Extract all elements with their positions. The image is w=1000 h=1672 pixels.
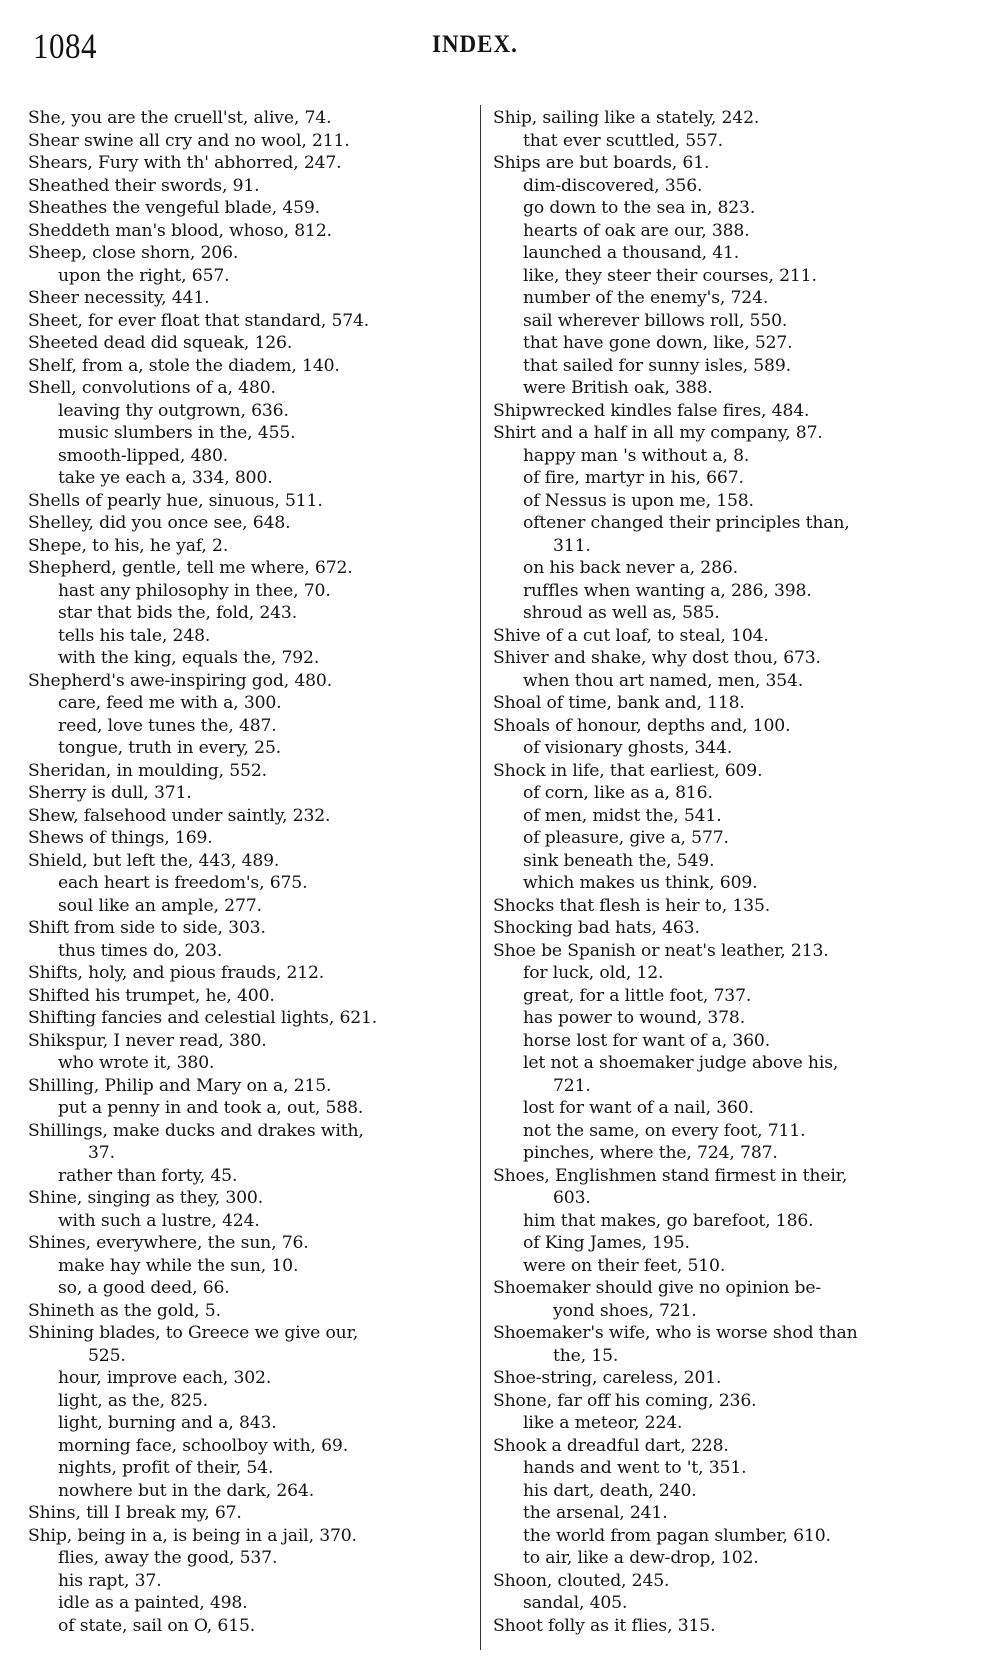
index-entry: Shoot folly as it flies, 315. [493, 1615, 948, 1638]
index-entry: Shins, till I break my, 67. [28, 1502, 478, 1525]
index-subentry: of pleasure, give a, 577. [493, 827, 948, 850]
index-subentry: of visionary ghosts, 344. [493, 737, 948, 760]
index-entry: Sheathes the vengeful blade, 459. [28, 197, 478, 220]
page-number: 1084 [33, 26, 97, 67]
index-subentry: of corn, like as a, 816. [493, 782, 948, 805]
index-subentry: so, a good deed, 66. [28, 1277, 478, 1300]
index-entry: Sheeted dead did squeak, 126. [28, 332, 478, 355]
index-subentry: of Nessus is upon me, 158. [493, 490, 948, 513]
index-subentry: lost for want of a nail, 360. [493, 1097, 948, 1120]
index-subentry: hour, improve each, 302. [28, 1367, 478, 1390]
index-entry: Shiver and shake, why dost thou, 673. [493, 647, 948, 670]
index-subentry: has power to wound, 378. [493, 1007, 948, 1030]
index-subentry: that have gone down, like, 527. [493, 332, 948, 355]
index-entry-continuation: 525. [28, 1345, 478, 1368]
index-entry: Ship, sailing like a stately, 242. [493, 107, 948, 130]
index-entry: Shears, Fury with th' abhorred, 247. [28, 152, 478, 175]
index-entry: Shook a dreadful dart, 228. [493, 1435, 948, 1458]
index-subentry: upon the right, 657. [28, 265, 478, 288]
index-subentry: nights, profit of their, 54. [28, 1457, 478, 1480]
index-entry: Sheer necessity, 441. [28, 287, 478, 310]
index-entry: Sheddeth man's blood, whoso, 812. [28, 220, 478, 243]
index-subentry: hearts of oak are our, 388. [493, 220, 948, 243]
index-subentry: great, for a little foot, 737. [493, 985, 948, 1008]
index-entry: Shoemaker should give no opinion be- [493, 1277, 948, 1300]
index-entry: Shoes, Englishmen stand firmest in their… [493, 1165, 948, 1188]
index-entry: Shining blades, to Greece we give our, [28, 1322, 478, 1345]
index-subentry: light, burning and a, 843. [28, 1412, 478, 1435]
index-subentry: soul like an ample, 277. [28, 895, 478, 918]
index-subentry: the arsenal, 241. [493, 1502, 948, 1525]
index-subentry: him that makes, go barefoot, 186. [493, 1210, 948, 1233]
index-entry: Shone, far off his coming, 236. [493, 1390, 948, 1413]
index-entry: Shell, convolutions of a, 480. [28, 377, 478, 400]
index-subentry: leaving thy outgrown, 636. [28, 400, 478, 423]
index-subentry: each heart is freedom's, 675. [28, 872, 478, 895]
index-entry: Shineth as the gold, 5. [28, 1300, 478, 1323]
index-entry: Shells of pearly hue, sinuous, 511. [28, 490, 478, 513]
index-entry: Shepe, to his, he yaf, 2. [28, 535, 478, 558]
index-subentry: morning face, schoolboy with, 69. [28, 1435, 478, 1458]
index-subentry: shroud as well as, 585. [493, 602, 948, 625]
index-entry: Shikspur, I never read, 380. [28, 1030, 478, 1053]
index-entry: Shive of a cut loaf, to steal, 104. [493, 625, 948, 648]
column-divider [480, 105, 481, 1650]
index-entry: Shews of things, 169. [28, 827, 478, 850]
index-subentry: take ye each a, 334, 800. [28, 467, 478, 490]
index-subentry: the world from pagan slumber, 610. [493, 1525, 948, 1548]
index-subentry: pinches, where the, 724, 787. [493, 1142, 948, 1165]
index-entry: Shoon, clouted, 245. [493, 1570, 948, 1593]
index-subentry: hast any philosophy in thee, 70. [28, 580, 478, 603]
running-title: INDEX. [432, 30, 518, 59]
index-subentry: were on their feet, 510. [493, 1255, 948, 1278]
index-entry: Shield, but left the, 443, 489. [28, 850, 478, 873]
index-entry-continuation: 603. [493, 1187, 948, 1210]
index-subentry: sink beneath the, 549. [493, 850, 948, 873]
index-subentry: who wrote it, 380. [28, 1052, 478, 1075]
index-subentry: nowhere but in the dark, 264. [28, 1480, 478, 1503]
index-subentry: that ever scuttled, 557. [493, 130, 948, 153]
index-subentry: rather than forty, 45. [28, 1165, 478, 1188]
index-entry: Shepherd, gentle, tell me where, 672. [28, 557, 478, 580]
index-subentry: of men, midst the, 541. [493, 805, 948, 828]
index-subentry: thus times do, 203. [28, 940, 478, 963]
index-subentry: flies, away the good, 537. [28, 1547, 478, 1570]
index-subentry: star that bids the, fold, 243. [28, 602, 478, 625]
index-entry: Sheep, close shorn, 206. [28, 242, 478, 265]
index-entry: Shifted his trumpet, he, 400. [28, 985, 478, 1008]
index-subentry: idle as a painted, 498. [28, 1592, 478, 1615]
index-subentry: with such a lustre, 424. [28, 1210, 478, 1233]
index-subentry: dim-discovered, 356. [493, 175, 948, 198]
index-subentry: number of the enemy's, 724. [493, 287, 948, 310]
index-subentry: on his back never a, 286. [493, 557, 948, 580]
index-entry: Shepherd's awe-inspiring god, 480. [28, 670, 478, 693]
index-entry-continuation: yond shoes, 721. [493, 1300, 948, 1323]
index-subentry: ruffles when wanting a, 286, 398. [493, 580, 948, 603]
index-subentry: make hay while the sun, 10. [28, 1255, 478, 1278]
index-entry: Shines, everywhere, the sun, 76. [28, 1232, 478, 1255]
index-subentry: horse lost for want of a, 360. [493, 1030, 948, 1053]
index-entry-continuation: 37. [28, 1142, 478, 1165]
index-subentry: of state, sail on O, 615. [28, 1615, 478, 1638]
index-subentry: of fire, martyr in his, 667. [493, 467, 948, 490]
index-entry: Shifting fancies and celestial lights, 6… [28, 1007, 478, 1030]
index-subentry: that sailed for sunny isles, 589. [493, 355, 948, 378]
index-entry: Shelley, did you once see, 648. [28, 512, 478, 535]
index-subentry: smooth-lipped, 480. [28, 445, 478, 468]
index-subentry: launched a thousand, 41. [493, 242, 948, 265]
index-entry-continuation: 311. [493, 535, 948, 558]
index-entry: Sheathed their swords, 91. [28, 175, 478, 198]
index-entry: Shocking bad hats, 463. [493, 917, 948, 940]
index-subentry: put a penny in and took a, out, 588. [28, 1097, 478, 1120]
index-subentry: oftener changed their principles than, [493, 512, 948, 535]
index-subentry: with the king, equals the, 792. [28, 647, 478, 670]
index-subentry: which makes us think, 609. [493, 872, 948, 895]
index-subentry: his rapt, 37. [28, 1570, 478, 1593]
index-entry: Ship, being in a, is being in a jail, 37… [28, 1525, 478, 1548]
index-entry: Shoe-string, careless, 201. [493, 1367, 948, 1390]
index-subentry: hands and went to 't, 351. [493, 1457, 948, 1480]
index-subentry: go down to the sea in, 823. [493, 197, 948, 220]
index-column-left: She, you are the cruell'st, alive, 74.Sh… [28, 107, 478, 1637]
index-entry: Shoal of time, bank and, 118. [493, 692, 948, 715]
index-subentry: were British oak, 388. [493, 377, 948, 400]
index-entry: Sheridan, in moulding, 552. [28, 760, 478, 783]
index-subentry: music slumbers in the, 455. [28, 422, 478, 445]
index-subentry: for luck, old, 12. [493, 962, 948, 985]
index-subentry: care, feed me with a, 300. [28, 692, 478, 715]
index-entry: Shock in life, that earliest, 609. [493, 760, 948, 783]
index-entry: Shoe be Spanish or neat's leather, 213. [493, 940, 948, 963]
index-entry: Shocks that flesh is heir to, 135. [493, 895, 948, 918]
index-entry: Shifts, holy, and pious frauds, 212. [28, 962, 478, 985]
index-subentry: tells his tale, 248. [28, 625, 478, 648]
index-entry-continuation: the, 15. [493, 1345, 948, 1368]
index-subentry: to air, like a dew-drop, 102. [493, 1547, 948, 1570]
index-entry: Sheet, for ever float that standard, 574… [28, 310, 478, 333]
index-subentry: not the same, on every foot, 711. [493, 1120, 948, 1143]
index-subentry: of King James, 195. [493, 1232, 948, 1255]
index-entry: Shelf, from a, stole the diadem, 140. [28, 355, 478, 378]
index-subentry: like, they steer their courses, 211. [493, 265, 948, 288]
index-entry: Shear swine all cry and no wool, 211. [28, 130, 478, 153]
index-subentry: happy man 's without a, 8. [493, 445, 948, 468]
page-header: 1084 INDEX. [0, 26, 1000, 66]
index-subentry: reed, love tunes the, 487. [28, 715, 478, 738]
index-entry: Ships are but boards, 61. [493, 152, 948, 175]
index-column-right: Ship, sailing like a stately, 242.that e… [493, 107, 948, 1637]
index-entry: Shew, falsehood under saintly, 232. [28, 805, 478, 828]
index-subentry: sail wherever billows roll, 550. [493, 310, 948, 333]
index-entry: Sherry is dull, 371. [28, 782, 478, 805]
index-subentry: when thou art named, men, 354. [493, 670, 948, 693]
index-entry: Shilling, Philip and Mary on a, 215. [28, 1075, 478, 1098]
index-subentry: sandal, 405. [493, 1592, 948, 1615]
index-entry: Shillings, make ducks and drakes with, [28, 1120, 478, 1143]
index-subentry: like a meteor, 224. [493, 1412, 948, 1435]
index-subentry: tongue, truth in every, 25. [28, 737, 478, 760]
index-entry: Shoemaker's wife, who is worse shod than [493, 1322, 948, 1345]
index-subentry: let not a shoemaker judge above his, [493, 1052, 948, 1075]
index-entry-continuation: 721. [493, 1075, 948, 1098]
index-entry: Shirt and a half in all my company, 87. [493, 422, 948, 445]
index-entry: Shoals of honour, depths and, 100. [493, 715, 948, 738]
index-subentry: his dart, death, 240. [493, 1480, 948, 1503]
index-subentry: light, as the, 825. [28, 1390, 478, 1413]
index-entry: Shift from side to side, 303. [28, 917, 478, 940]
index-entry: She, you are the cruell'st, alive, 74. [28, 107, 478, 130]
index-entry: Shine, singing as they, 300. [28, 1187, 478, 1210]
index-entry: Shipwrecked kindles false fires, 484. [493, 400, 948, 423]
